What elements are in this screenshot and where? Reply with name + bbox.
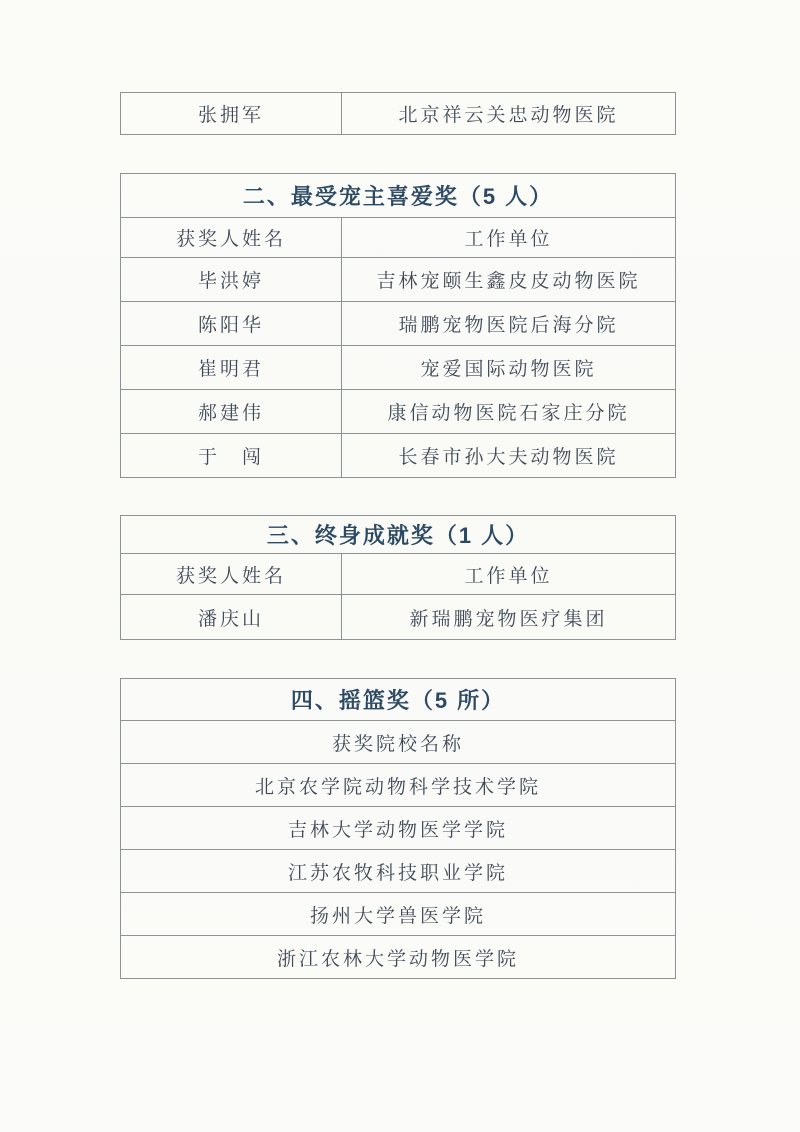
table-row: 郝建伟 康信动物医院石家庄分院 xyxy=(121,390,676,434)
table-row: 毕洪婷 吉林宠颐生鑫皮皮动物医院 xyxy=(121,258,676,302)
work-unit-cell: 康信动物医院石家庄分院 xyxy=(342,390,676,434)
cradle-award-table: 四、摇篮奖（5 所） 获奖院校名称 北京农学院动物科学技术学院 吉林大学动物医学… xyxy=(120,678,676,979)
work-unit-cell: 长春市孙大夫动物医院 xyxy=(342,434,676,478)
document-page: 张拥军 北京祥云关忠动物医院 二、最受宠主喜爱奖（5 人） 获奖人姓名 工作单位… xyxy=(0,0,800,1132)
winner-name-cell: 郝建伟 xyxy=(121,390,342,434)
winner-name-cell: 潘庆山 xyxy=(121,595,342,640)
winner-name-cell: 于 闯 xyxy=(121,434,342,478)
table-header-row: 获奖院校名称 xyxy=(121,721,676,764)
winner-name-cell: 陈阳华 xyxy=(121,302,342,346)
winner-name-cell: 毕洪婷 xyxy=(121,258,342,302)
institution-name-cell: 扬州大学兽医学院 xyxy=(121,893,676,936)
table-header-row: 获奖人姓名 工作单位 xyxy=(121,218,676,258)
table-row: 北京农学院动物科学技术学院 xyxy=(121,764,676,807)
table-title-row: 三、终身成就奖（1 人） xyxy=(121,516,676,554)
table-row: 浙江农林大学动物医学院 xyxy=(121,936,676,979)
column-header-work-unit: 工作单位 xyxy=(342,554,676,595)
column-header-winner-name: 获奖人姓名 xyxy=(121,218,342,258)
institution-name-cell: 江苏农牧科技职业学院 xyxy=(121,850,676,893)
table-row: 江苏农牧科技职业学院 xyxy=(121,850,676,893)
work-unit-cell: 宠爱国际动物医院 xyxy=(342,346,676,390)
table-title-row: 四、摇篮奖（5 所） xyxy=(121,679,676,721)
table-title: 三、终身成就奖（1 人） xyxy=(121,516,676,554)
work-unit-cell: 北京祥云关忠动物医院 xyxy=(342,93,676,135)
table-row: 扬州大学兽医学院 xyxy=(121,893,676,936)
table-row: 张拥军 北京祥云关忠动物医院 xyxy=(121,93,676,135)
column-header-work-unit: 工作单位 xyxy=(342,218,676,258)
table-row: 崔明君 宠爱国际动物医院 xyxy=(121,346,676,390)
institution-name-cell: 吉林大学动物医学学院 xyxy=(121,807,676,850)
table-row: 潘庆山 新瑞鹏宠物医疗集团 xyxy=(121,595,676,640)
lifetime-achievement-award-table: 三、终身成就奖（1 人） 获奖人姓名 工作单位 潘庆山 新瑞鹏宠物医疗集团 xyxy=(120,515,676,640)
table-row: 吉林大学动物医学学院 xyxy=(121,807,676,850)
pet-owner-favorite-award-table: 二、最受宠主喜爱奖（5 人） 获奖人姓名 工作单位 毕洪婷 吉林宠颐生鑫皮皮动物… xyxy=(120,173,676,478)
table-header-row: 获奖人姓名 工作单位 xyxy=(121,554,676,595)
work-unit-cell: 瑞鹏宠物医院后海分院 xyxy=(342,302,676,346)
winner-name-cell: 张拥军 xyxy=(121,93,342,135)
table-row: 于 闯 长春市孙大夫动物医院 xyxy=(121,434,676,478)
table-row: 陈阳华 瑞鹏宠物医院后海分院 xyxy=(121,302,676,346)
table-title: 二、最受宠主喜爱奖（5 人） xyxy=(121,174,676,218)
column-header-institution-name: 获奖院校名称 xyxy=(121,721,676,764)
work-unit-cell: 吉林宠颐生鑫皮皮动物医院 xyxy=(342,258,676,302)
column-header-winner-name: 获奖人姓名 xyxy=(121,554,342,595)
institution-name-cell: 北京农学院动物科学技术学院 xyxy=(121,764,676,807)
work-unit-cell: 新瑞鹏宠物医疗集团 xyxy=(342,595,676,640)
table-title: 四、摇篮奖（5 所） xyxy=(121,679,676,721)
winner-name-cell: 崔明君 xyxy=(121,346,342,390)
table-title-row: 二、最受宠主喜爱奖（5 人） xyxy=(121,174,676,218)
partial-award-table: 张拥军 北京祥云关忠动物医院 xyxy=(120,92,676,135)
institution-name-cell: 浙江农林大学动物医学院 xyxy=(121,936,676,979)
